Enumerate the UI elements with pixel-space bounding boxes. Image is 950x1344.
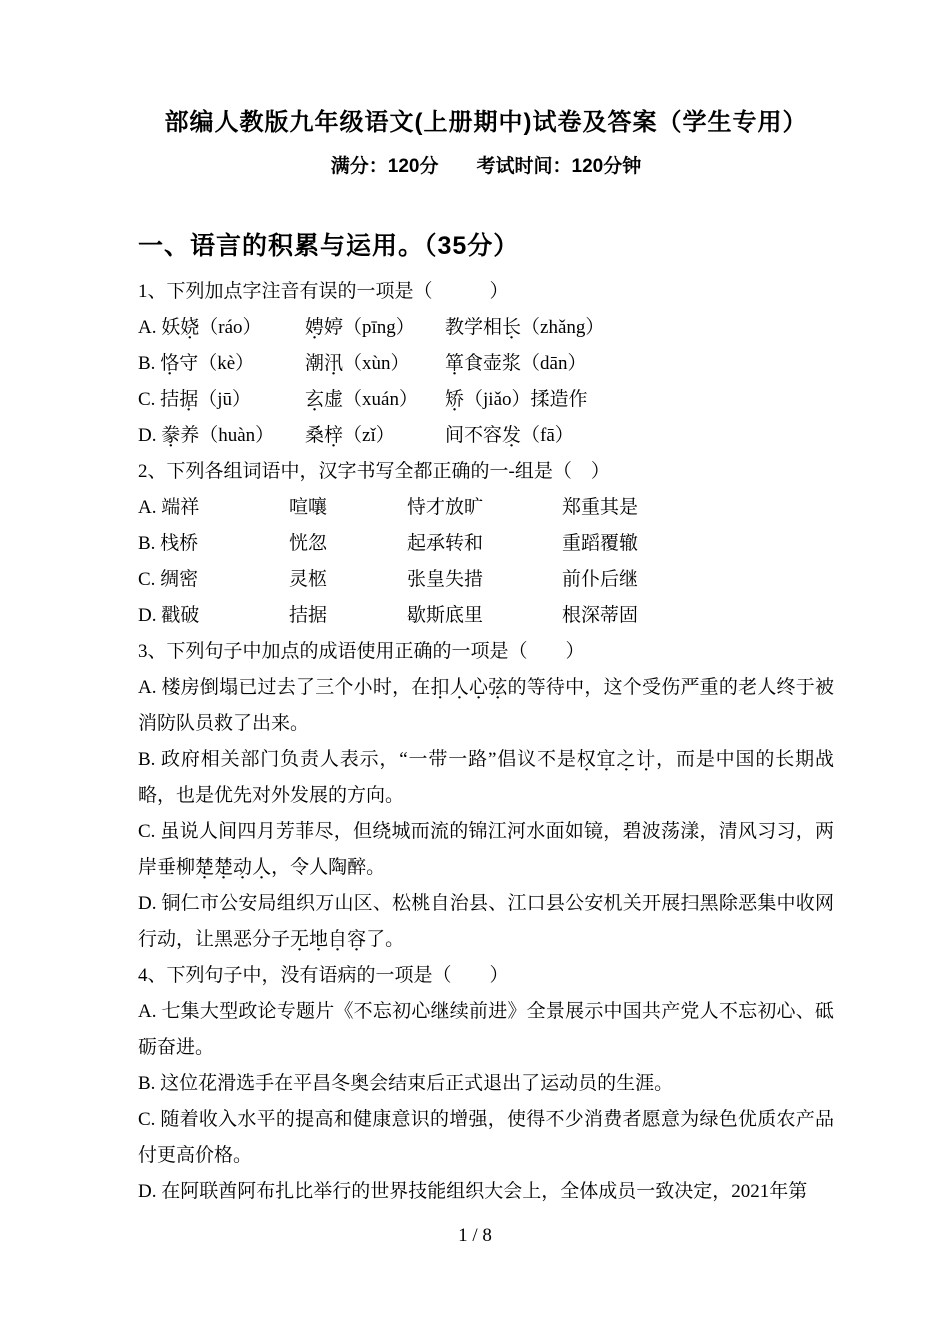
section-heading: 一、语言的积累与运用。（35分）: [138, 228, 834, 264]
option-cell: 恍忽: [289, 526, 407, 562]
question-1-option-row-c: C. 拮据（jū） 玄虚（xuán） 矫（jiǎo）揉造作: [138, 382, 834, 418]
option-cell: 恃才放旷: [407, 490, 562, 526]
option-cell: B. 恪守（kè）: [138, 346, 305, 382]
question-1-stem: 1、下列加点字注音有误的一项是（ ）: [138, 274, 834, 310]
option-cell: C. 绸密: [138, 562, 289, 598]
question-4-stem: 4、下列句子中，没有语病的一项是（ ）: [138, 958, 834, 994]
option-cell: A. 端祥: [138, 490, 289, 526]
option-cell: 拮据: [289, 598, 407, 634]
option-cell: C. 拮据（jū）: [138, 382, 305, 418]
option-cell: D. 豢养（huàn）: [138, 418, 305, 454]
option-cell: 教学相长（zhǎng）: [445, 310, 834, 346]
option-cell: 娉婷（pīng）: [305, 310, 445, 346]
option-cell: 张皇失措: [407, 562, 562, 598]
option-cell: 郑重其是: [562, 490, 834, 526]
page-number: 1 / 8: [0, 1224, 950, 1248]
question-3-option-b: B. 政府相关部门负责人表示，“一带一路”倡议不是权宜之计，而是中国的长期战略，…: [138, 742, 834, 814]
option-cell: 箪食壶浆（dān）: [445, 346, 834, 382]
question-2-option-row-d: D. 戳破 拮据 歇斯底里 根深蒂固: [138, 598, 834, 634]
question-3-stem: 3、下列句子中加点的成语使用正确的一项是（ ）: [138, 634, 834, 670]
question-2-option-row-a: A. 端祥 喧嚷 恃才放旷 郑重其是: [138, 490, 834, 526]
option-cell: 潮汛（xùn）: [305, 346, 445, 382]
question-3-option-c: C. 虽说人间四月芳菲尽，但绕城而流的锦江河水面如镜，碧波荡漾，清风习习，两岸垂…: [138, 814, 834, 886]
option-cell: B. 栈桥: [138, 526, 289, 562]
page-content: 部编人教版九年级语文(上册期中)试卷及答案（学生专用） 满分：120分 考试时间…: [0, 0, 950, 1210]
option-cell: 间不容发（fā）: [445, 418, 834, 454]
question-2-stem: 2、下列各组词语中，汉字书写全都正确的一-组是（ ）: [138, 454, 834, 490]
option-cell: 玄虚（xuán）: [305, 382, 445, 418]
question-4-option-b: B. 这位花滑选手在平昌冬奥会结束后正式退出了运动员的生涯。: [138, 1066, 834, 1102]
question-1-option-row-d: D. 豢养（huàn） 桑梓（zǐ） 间不容发（fā）: [138, 418, 834, 454]
option-cell: 灵柩: [289, 562, 407, 598]
exam-meta: 满分：120分 考试时间：120分钟: [138, 153, 834, 181]
question-2-option-row-b: B. 栈桥 恍忽 起承转和 重蹈覆辙: [138, 526, 834, 562]
option-cell: D. 戳破: [138, 598, 289, 634]
option-cell: 重蹈覆辙: [562, 526, 834, 562]
option-cell: A. 妖娆（ráo）: [138, 310, 305, 346]
question-4-option-a: A. 七集大型政论专题片《不忘初心继续前进》全景展示中国共产党人不忘初心、砥砺奋…: [138, 994, 834, 1066]
option-cell: 歇斯底里: [407, 598, 562, 634]
page-title: 部编人教版九年级语文(上册期中)试卷及答案（学生专用）: [138, 106, 834, 140]
option-cell: 起承转和: [407, 526, 562, 562]
question-2-option-row-c: C. 绸密 灵柩 张皇失措 前仆后继: [138, 562, 834, 598]
option-cell: 根深蒂固: [562, 598, 834, 634]
question-3-option-d: D. 铜仁市公安局组织万山区、松桃自治县、江口县公安机关开展扫黑除恶集中收网行动…: [138, 886, 834, 958]
option-cell: 前仆后继: [562, 562, 834, 598]
question-1-option-row-a: A. 妖娆（ráo） 娉婷（pīng） 教学相长（zhǎng）: [138, 310, 834, 346]
option-cell: 喧嚷: [289, 490, 407, 526]
question-4-option-c: C. 随着收入水平的提高和健康意识的增强，使得不少消费者愿意为绿色优质农产品付更…: [138, 1102, 834, 1174]
question-3-option-a: A. 楼房倒塌已过去了三个小时，在扣人心弦的等待中，这个受伤严重的老人终于被消防…: [138, 670, 834, 742]
question-1-option-row-b: B. 恪守（kè） 潮汛（xùn） 箪食壶浆（dān）: [138, 346, 834, 382]
option-cell: 矫（jiǎo）揉造作: [445, 382, 834, 418]
option-cell: 桑梓（zǐ）: [305, 418, 445, 454]
exam-document-page: 部编人教版九年级语文(上册期中)试卷及答案（学生专用） 满分：120分 考试时间…: [0, 0, 950, 1344]
question-4-option-d: D. 在阿联酋阿布扎比举行的世界技能组织大会上，全体成员一致决定，2021年第: [138, 1174, 834, 1210]
